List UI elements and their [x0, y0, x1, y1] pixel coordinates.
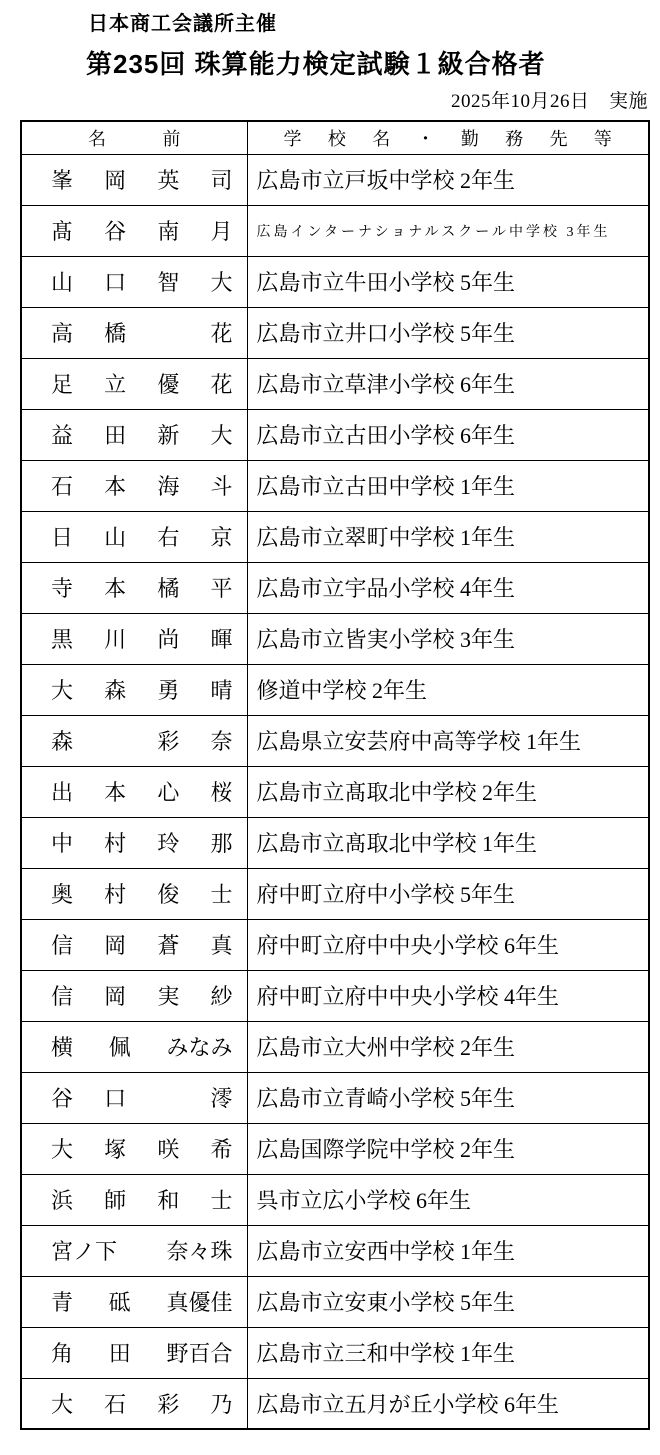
text-segment: 尚: [157, 623, 179, 654]
table-row: 信岡実紗府中町立府中中央小学校 4年生: [21, 970, 649, 1021]
text-segment: 暉: [210, 623, 232, 654]
table-row: 高橋 花広島市立井口小学校 5年生: [21, 307, 649, 358]
text-segment: [104, 725, 126, 756]
school-cell: 広島市立髙取北中学校 1年生: [247, 817, 649, 868]
school-cell: 広島県立安芸府中高等学校 1年生: [247, 715, 649, 766]
school-cell: 広島市立古田中学校 1年生: [247, 460, 649, 511]
text-segment: 真優佳: [166, 1286, 232, 1317]
table-row: 横佩みなみ広島市立大州中学校 2年生: [21, 1021, 649, 1072]
person-name-cell: 日山右京: [21, 511, 247, 562]
text-segment: 森: [104, 674, 126, 705]
table-row: 寺本橘平広島市立宇品小学校 4年生: [21, 562, 649, 613]
table-row: 大石彩乃広島市立五月が丘小学校 6年生: [21, 1378, 649, 1429]
text-segment: 岡: [104, 980, 126, 1011]
school-cell: 広島市立安東小学校 5年生: [247, 1276, 649, 1327]
text-segment: 大: [210, 419, 232, 450]
person-name-cell: 益田新大: [21, 409, 247, 460]
text-segment: 先: [550, 125, 568, 151]
text-segment: 等: [594, 125, 612, 151]
text-segment: 大: [51, 1388, 73, 1419]
text-segment: 信: [51, 929, 73, 960]
school-cell: 広島市立草津小学校 6年生: [247, 358, 649, 409]
text-segment: 大: [210, 266, 232, 297]
person-name-cell: 足立優花: [21, 358, 247, 409]
school-cell: 広島市立古田小学校 6年生: [247, 409, 649, 460]
table-row: 益田新大広島市立古田小学校 6年生: [21, 409, 649, 460]
text-segment: 黒: [51, 623, 73, 654]
text-segment: 英: [157, 164, 179, 195]
text-segment: 川: [104, 623, 126, 654]
table-row: 出本心桜広島市立髙取北中学校 2年生: [21, 766, 649, 817]
text-segment: 石: [51, 470, 73, 501]
text-segment: 中: [51, 827, 73, 858]
text-segment: 日: [51, 521, 73, 552]
text-segment: 信: [51, 980, 73, 1011]
text-segment: 月: [210, 215, 232, 246]
text-segment: 田: [104, 419, 126, 450]
person-name-cell: 山口智大: [21, 256, 247, 307]
person-name-cell: 髙谷南月: [21, 205, 247, 256]
table-row: 谷口 澪広島市立青崎小学校 5年生: [21, 1072, 649, 1123]
text-segment: 大: [51, 1133, 73, 1164]
text-segment: ・: [417, 125, 435, 151]
person-name-cell: 奥村俊士: [21, 868, 247, 919]
table-row: 日山右京広島市立翠町中学校 1年生: [21, 511, 649, 562]
text-segment: 智: [157, 266, 179, 297]
table-row: 黒川尚暉広島市立皆実小学校 3年生: [21, 613, 649, 664]
text-segment: 士: [210, 878, 232, 909]
school-column-header: 学校名・勤務先等: [247, 121, 649, 154]
text-segment: 角: [51, 1337, 73, 1368]
text-segment: 平: [210, 572, 232, 603]
text-segment: 本: [104, 470, 126, 501]
text-segment: 野百合: [166, 1337, 232, 1368]
text-segment: 峯: [51, 164, 73, 195]
text-segment: 玲: [157, 827, 179, 858]
table-row: 大塚咲希広島国際学院中学校 2年生: [21, 1123, 649, 1174]
text-segment: 真: [210, 929, 232, 960]
table-row: 峯岡英司広島市立戸坂中学校 2年生: [21, 154, 649, 205]
person-name-cell: 宮ノ下奈々珠: [21, 1225, 247, 1276]
person-name-cell: 出本心桜: [21, 766, 247, 817]
person-name-cell: 寺本橘平: [21, 562, 247, 613]
text-segment: 寺: [51, 572, 73, 603]
text-segment: 司: [210, 164, 232, 195]
text-segment: 名: [88, 125, 106, 151]
text-segment: 石: [104, 1388, 126, 1419]
person-name-cell: 青砥真優佳: [21, 1276, 247, 1327]
text-segment: 岡: [104, 164, 126, 195]
text-segment: 佩: [109, 1031, 131, 1062]
text-segment: 士: [210, 1184, 232, 1215]
text-segment: 奥: [51, 878, 73, 909]
text-segment: 出: [51, 776, 73, 807]
header-row: 名前 学校名・勤務先等: [21, 121, 649, 154]
text-segment: みなみ: [166, 1031, 232, 1062]
person-name-cell: 石本海斗: [21, 460, 247, 511]
text-segment: 咲: [157, 1133, 179, 1164]
text-segment: 谷: [104, 215, 126, 246]
school-cell: 広島市立安西中学校 1年生: [247, 1225, 649, 1276]
school-cell: 広島市立三和中学校 1年生: [247, 1327, 649, 1378]
school-cell: 広島市立牛田小学校 5年生: [247, 256, 649, 307]
text-segment: 村: [104, 827, 126, 858]
text-segment: 口: [104, 1082, 126, 1113]
school-cell: 広島市立青崎小学校 5年生: [247, 1072, 649, 1123]
text-segment: 山: [104, 521, 126, 552]
text-segment: 勤: [461, 125, 479, 151]
person-name-cell: 黒川尚暉: [21, 613, 247, 664]
school-cell: 府中町立府中小学校 5年生: [247, 868, 649, 919]
text-segment: 海: [157, 470, 179, 501]
person-name-cell: 森 彩奈: [21, 715, 247, 766]
text-segment: 花: [210, 317, 232, 348]
text-segment: 高: [51, 317, 73, 348]
table-row: 大森勇晴修道中学校 2年生: [21, 664, 649, 715]
page-title: 第235回 珠算能力検定試験１級合格者: [86, 44, 546, 81]
school-cell: 修道中学校 2年生: [247, 664, 649, 715]
school-cell: 広島市立五月が丘小学校 6年生: [247, 1378, 649, 1429]
text-segment: 学: [284, 125, 302, 151]
exam-date: 2025年10月26日 実施: [451, 86, 648, 113]
table-row: 足立優花広島市立草津小学校 6年生: [21, 358, 649, 409]
table-row: 青砥真優佳広島市立安東小学校 5年生: [21, 1276, 649, 1327]
table-row: 森 彩奈広島県立安芸府中高等学校 1年生: [21, 715, 649, 766]
results-table: 名前 学校名・勤務先等 峯岡英司広島市立戸坂中学校 2年生髙谷南月広島インターナ…: [20, 120, 650, 1430]
school-cell: 府中町立府中中央小学校 6年生: [247, 919, 649, 970]
person-name-cell: 信岡蒼真: [21, 919, 247, 970]
text-segment: 晴: [210, 674, 232, 705]
school-cell: 府中町立府中中央小学校 4年生: [247, 970, 649, 1021]
school-cell: 広島市立翠町中学校 1年生: [247, 511, 649, 562]
text-segment: 新: [157, 419, 179, 450]
text-segment: 奈: [210, 725, 232, 756]
person-name-cell: 高橋 花: [21, 307, 247, 358]
school-cell: 広島国際学院中学校 2年生: [247, 1123, 649, 1174]
text-segment: 彩: [157, 1388, 179, 1419]
text-segment: 森: [51, 725, 73, 756]
text-segment: 希: [210, 1133, 232, 1164]
table-row: 中村玲那広島市立髙取北中学校 1年生: [21, 817, 649, 868]
school-cell: 広島市立井口小学校 5年生: [247, 307, 649, 358]
text-segment: 俊: [157, 878, 179, 909]
text-segment: 本: [104, 572, 126, 603]
text-segment: 優: [157, 368, 179, 399]
person-name-cell: 信岡実紗: [21, 970, 247, 1021]
person-name-cell: 浜師和士: [21, 1174, 247, 1225]
text-segment: 和: [157, 1184, 179, 1215]
person-name-cell: 角田野百合: [21, 1327, 247, 1378]
text-segment: 名: [372, 125, 390, 151]
text-segment: 花: [210, 368, 232, 399]
text-segment: 澪: [210, 1082, 232, 1113]
table-row: 角田野百合広島市立三和中学校 1年生: [21, 1327, 649, 1378]
text-segment: 乃: [210, 1388, 232, 1419]
text-segment: [157, 317, 179, 348]
text-segment: 心: [157, 776, 179, 807]
text-segment: 師: [104, 1184, 126, 1215]
organizer-line: 日本商工会議所主催: [88, 7, 277, 36]
text-segment: 浜: [51, 1184, 73, 1215]
text-segment: 右: [157, 521, 179, 552]
person-name-cell: 大石彩乃: [21, 1378, 247, 1429]
table-row: 宮ノ下奈々珠広島市立安西中学校 1年生: [21, 1225, 649, 1276]
text-segment: 髙: [51, 215, 73, 246]
person-name-cell: 横佩みなみ: [21, 1021, 247, 1072]
text-segment: 谷: [51, 1082, 73, 1113]
school-cell: 広島市立髙取北中学校 2年生: [247, 766, 649, 817]
table-row: 信岡蒼真府中町立府中中央小学校 6年生: [21, 919, 649, 970]
text-segment: 前: [163, 125, 181, 151]
text-segment: 南: [157, 215, 179, 246]
person-name-cell: 大塚咲希: [21, 1123, 247, 1174]
text-segment: 那: [210, 827, 232, 858]
text-segment: 横: [51, 1031, 73, 1062]
text-segment: 橘: [157, 572, 179, 603]
text-segment: [157, 1082, 179, 1113]
text-segment: 紗: [210, 980, 232, 1011]
text-segment: 益: [51, 419, 73, 450]
table-row: 奥村俊士府中町立府中小学校 5年生: [21, 868, 649, 919]
text-segment: 宮ノ下: [51, 1235, 117, 1266]
text-segment: 務: [505, 125, 523, 151]
text-segment: 奈々珠: [166, 1235, 232, 1266]
text-segment: 山: [51, 266, 73, 297]
text-segment: 勇: [157, 674, 179, 705]
text-segment: 岡: [104, 929, 126, 960]
school-cell: 広島インターナショナルスクール中学校 3年生: [247, 205, 649, 256]
text-segment: 足: [51, 368, 73, 399]
text-segment: 口: [104, 266, 126, 297]
text-segment: 田: [109, 1337, 131, 1368]
person-name-cell: 谷口 澪: [21, 1072, 247, 1123]
text-segment: 桜: [210, 776, 232, 807]
text-segment: 斗: [210, 470, 232, 501]
person-name-cell: 峯岡英司: [21, 154, 247, 205]
school-cell: 広島市立大州中学校 2年生: [247, 1021, 649, 1072]
text-segment: 彩: [157, 725, 179, 756]
person-name-cell: 大森勇晴: [21, 664, 247, 715]
school-cell: 広島市立戸坂中学校 2年生: [247, 154, 649, 205]
school-cell: 広島市立皆実小学校 3年生: [247, 613, 649, 664]
text-segment: 立: [104, 368, 126, 399]
text-segment: 大: [51, 674, 73, 705]
text-segment: 本: [104, 776, 126, 807]
text-segment: 実: [157, 980, 179, 1011]
text-segment: 村: [104, 878, 126, 909]
text-segment: 青: [51, 1286, 73, 1317]
text-segment: 砥: [109, 1286, 131, 1317]
table-row: 髙谷南月広島インターナショナルスクール中学校 3年生: [21, 205, 649, 256]
school-cell: 広島市立宇品小学校 4年生: [247, 562, 649, 613]
name-column-header: 名前: [21, 121, 247, 154]
table-body: 峯岡英司広島市立戸坂中学校 2年生髙谷南月広島インターナショナルスクール中学校 …: [21, 154, 649, 1429]
text-segment: 蒼: [157, 929, 179, 960]
table-row: 山口智大広島市立牛田小学校 5年生: [21, 256, 649, 307]
text-segment: 京: [210, 521, 232, 552]
text-segment: 橋: [104, 317, 126, 348]
text-segment: 塚: [104, 1133, 126, 1164]
school-cell: 呉市立広小学校 6年生: [247, 1174, 649, 1225]
table-row: 浜師和士呉市立広小学校 6年生: [21, 1174, 649, 1225]
table-row: 石本海斗広島市立古田中学校 1年生: [21, 460, 649, 511]
text-segment: 校: [328, 125, 346, 151]
person-name-cell: 中村玲那: [21, 817, 247, 868]
